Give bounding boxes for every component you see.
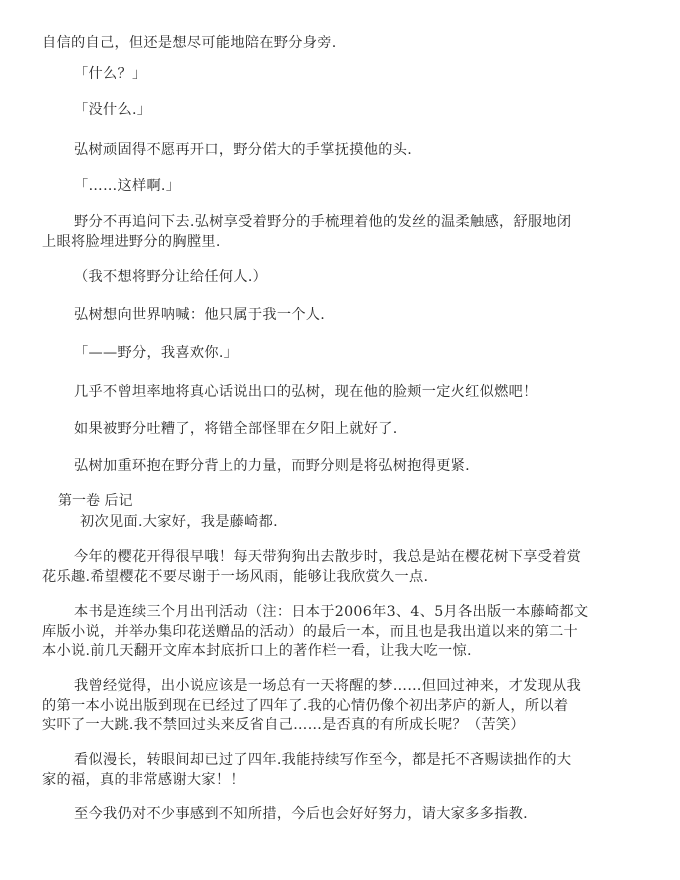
text-line: 库版小说，并举办集印花送赠品的活动）的最后一本，而且也是我出道以来的第二十 <box>42 623 632 643</box>
dialogue-line: 「什么？」 <box>42 65 664 85</box>
afterword-greeting: 初次见面.大家好，我是藤崎都. <box>80 513 278 532</box>
afterword-paragraph: 看似漫长，转眼间却已过了四年.我能持续写作至今，都是托不吝赐读拙作的大 家的福，… <box>42 751 632 790</box>
text-line: 弘树顽固得不愿再开口，野分偌大的手掌抚摸他的头. <box>74 141 664 161</box>
text-line: 我曾经觉得，出小说应该是一场总有一天将醒的梦……但回过神来，才发现从我 <box>42 677 632 697</box>
story-paragraph: 如果被野分吐糟了，将错全部怪罪在夕阳上就好了. <box>42 420 664 440</box>
dialogue-line: 「……这样啊.」 <box>42 177 664 197</box>
story-paragraph: 弘树想向世界呐喊：他只属于我一个人. <box>42 306 664 326</box>
text-line: 几乎不曾坦率地将真心话说出口的弘树，现在他的脸颊一定火红似燃吧！ <box>74 383 664 403</box>
text-line: 弘树加重环抱在野分背上的力量，而野分则是将弘树抱得更紧. <box>74 457 664 477</box>
story-paragraph: 野分不再追问下去.弘树享受着野分的手梳理着他的发丝的温柔触感，舒服地闭 上眼将脸… <box>42 213 632 252</box>
text-line: 今年的樱花开得很早哦！每天带狗狗出去散步时，我总是站在樱花树下享受着赏 <box>42 548 632 568</box>
text-line: 看似漫长，转眼间却已过了四年.我能持续写作至今，都是托不吝赐读拙作的大 <box>42 751 632 771</box>
afterword-paragraph: 至今我仍对不少事感到不知所措，今后也会好好努力，请大家多多指教. <box>42 805 664 825</box>
text-line: 如果被野分吐糟了，将错全部怪罪在夕阳上就好了. <box>74 420 664 440</box>
text-line: 家的福，真的非常感谢大家！！ <box>42 771 632 791</box>
text-line: 自信的自己，但还是想尽可能地陪在野分身旁. <box>42 34 632 54</box>
text-line: 实吓了一大跳.我不禁回过头来反省自己……是否真的有所成长呢？（苦笑） <box>42 716 632 736</box>
afterword-paragraph: 今年的樱花开得很早哦！每天带狗狗出去散步时，我总是站在樱花树下享受着赏 花乐趣.… <box>42 548 632 587</box>
section-heading: 第一卷 后记 <box>58 492 132 511</box>
text-line: 「——野分，我喜欢你.」 <box>74 344 664 364</box>
story-paragraph: 自信的自己，但还是想尽可能地陪在野分身旁. <box>42 34 632 54</box>
text-line: 本书是连续三个月出刊活动（注：日本于2006年3、4、5月各出版一本藤崎都文 <box>42 603 632 623</box>
text-line: 上眼将脸埋进野分的胸膛里. <box>42 233 632 253</box>
text-line: 至今我仍对不少事感到不知所措，今后也会好好努力，请大家多多指教. <box>74 805 664 825</box>
afterword-paragraph: 本书是连续三个月出刊活动（注：日本于2006年3、4、5月各出版一本藤崎都文 库… <box>42 603 632 662</box>
text-line: 的第一本小说出版到现在已经过了四年了.我的心情仍像个初出茅庐的新人，所以着 <box>42 697 632 717</box>
text-line: 「什么？」 <box>74 65 664 85</box>
story-paragraph: 弘树顽固得不愿再开口，野分偌大的手掌抚摸他的头. <box>42 141 664 161</box>
story-paragraph: 弘树加重环抱在野分背上的力量，而野分则是将弘树抱得更紧. <box>42 457 664 477</box>
inner-thought: （我不想将野分让给任何人.） <box>42 268 664 288</box>
text-line: 「没什么.」 <box>74 101 664 121</box>
afterword-paragraph: 我曾经觉得，出小说应该是一场总有一天将醒的梦……但回过神来，才发现从我 的第一本… <box>42 677 632 736</box>
dialogue-line: 「没什么.」 <box>42 101 664 121</box>
text-line: 本小说.前几天翻开文库本封底折口上的著作栏一看，让我大吃一惊. <box>42 642 632 662</box>
dialogue-line: 「——野分，我喜欢你.」 <box>42 344 664 364</box>
story-paragraph: 几乎不曾坦率地将真心话说出口的弘树，现在他的脸颊一定火红似燃吧！ <box>42 383 664 403</box>
text-line: 野分不再追问下去.弘树享受着野分的手梳理着他的发丝的温柔触感，舒服地闭 <box>42 213 632 233</box>
text-line: （我不想将野分让给任何人.） <box>74 268 664 288</box>
text-line: 「……这样啊.」 <box>74 177 664 197</box>
text-line: 弘树想向世界呐喊：他只属于我一个人. <box>74 306 664 326</box>
text-line: 花乐趣.希望樱花不要尽谢于一场风雨，能够让我欣赏久一点. <box>42 568 632 588</box>
